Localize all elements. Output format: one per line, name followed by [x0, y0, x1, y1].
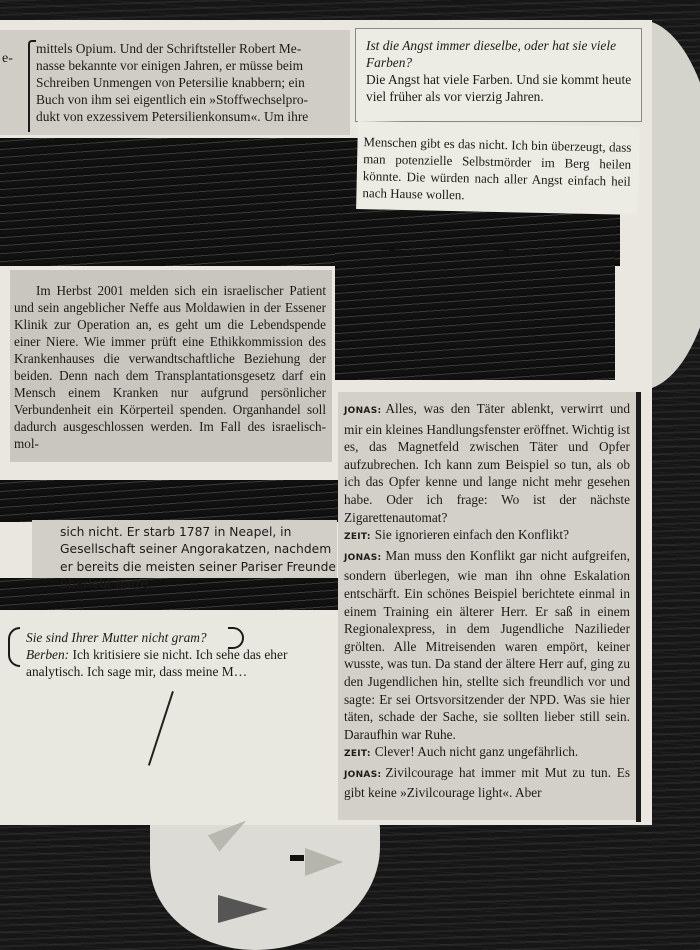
speaker-label: ZEIT: [344, 532, 371, 542]
clipping-organspende: Im Herbst 2001 melden sich ein israelisc… [10, 270, 332, 462]
article-text: Menschen gibt es das nicht. Ich bin über… [362, 133, 631, 207]
turn-text: Clever! Auch nicht ganz ungefährlich. [375, 744, 578, 759]
interview-turn: JONAS:Man muss den Konflikt gar nicht au… [344, 547, 630, 744]
clipping-angst: Ist die Angst immer dieselbe, oder hat s… [355, 28, 642, 122]
interview-question: Ist die Angst immer dieselbe, oder hat s… [366, 37, 634, 71]
interview-turn: JONAS:Alles, was den Täter ablenkt, verw… [344, 400, 630, 526]
turn-text: Sie ignorieren einfach den Konflikt? [375, 527, 569, 542]
turn-text: Man muss den Konflikt gar nicht aufgreif… [344, 548, 630, 742]
text-line: mittels Opium. Und der Schriftsteller Ro… [36, 40, 341, 57]
interview-answer-line: Berben: Ich kritisiere sie nicht. Ich se… [26, 646, 316, 680]
interview-answer: Die Angst hat viele Farben. Und sie komm… [366, 71, 634, 105]
clipping-neapel: sich nicht. Er starb 1787 in Neapel, in … [32, 520, 337, 578]
text-line: dukt von exzessivem Petersilienkonsum«. … [36, 108, 341, 125]
text-line: Buch von ihm sei eigentlich ein »Stoffwe… [36, 91, 341, 108]
pen-stroke [148, 691, 174, 766]
margin-fragment: e- [2, 50, 13, 67]
hand-drawn-bracket-icon [8, 627, 20, 667]
text-line: nasse bekannte vor einigen Jahren, er mü… [36, 57, 341, 74]
interview-right-border [636, 392, 641, 822]
interview-turn: ZEIT:Sie ignorieren einfach den Konflikt… [344, 526, 630, 547]
clipping-selbstmoerder: Menschen gibt es das nicht. Ich bin über… [356, 121, 640, 215]
interview-turn: JONAS:Zivilcourage hat immer mit Mut zu … [344, 764, 630, 802]
text-line: Schreiben Unmengen von Petersilie knabbe… [36, 74, 341, 91]
speaker-label: JONAS: [344, 553, 381, 563]
scribble-band-middle [0, 480, 340, 522]
clipping-menasse: e- mittels Opium. Und der Schriftsteller… [0, 30, 350, 135]
article-text: sich nicht. Er starb 1787 in Neapel, in … [60, 524, 340, 593]
turn-text: Alles, was den Täter ablenkt, verwirrt u… [344, 401, 630, 525]
arrow-tree-icon [305, 848, 343, 876]
interview-turn: ZEIT:Clever! Auch nicht ganz ungefährlic… [344, 743, 630, 764]
turn-text: Zivilcourage hat immer mit Mut zu tun. E… [344, 765, 630, 801]
speaker-label: Berben: [26, 647, 69, 662]
speaker-label: ZEIT: [344, 749, 371, 759]
clipping-interview: JONAS:Alles, was den Täter ablenkt, verw… [338, 392, 636, 820]
hand-drawn-bracket-icon [28, 40, 36, 132]
article-text: Im Herbst 2001 melden sich ein israelisc… [14, 282, 326, 452]
speaker-label: JONAS: [344, 770, 381, 780]
speaker-label: JONAS: [344, 406, 381, 416]
arrow-tree-icon [218, 895, 268, 923]
scribble-block-right [335, 250, 615, 380]
pen-stroke-small [290, 855, 304, 861]
interview-question: Sie sind Ihrer Mutter nicht gram? [26, 629, 316, 646]
clipping-berben: Sie sind Ihrer Mutter nicht gram? Berben… [0, 615, 325, 820]
